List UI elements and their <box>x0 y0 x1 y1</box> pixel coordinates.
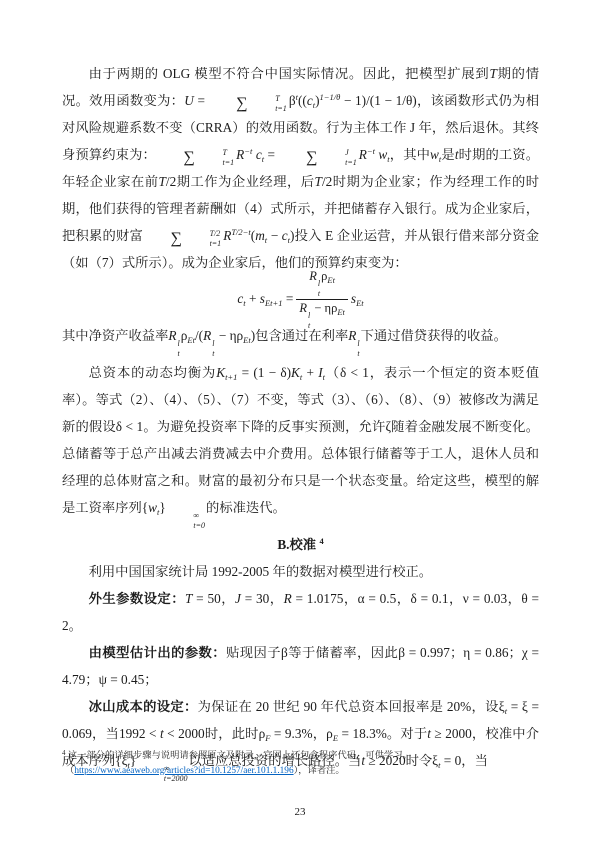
text-segment: 下通过借贷获得的收益。 <box>361 328 507 343</box>
text-segment: (( <box>298 93 307 108</box>
text-segment: R <box>348 328 356 343</box>
paragraph-capital-dynamics: 总资本的动态均衡为Kt+1 = (1 − δ)Kt + It（δ < 1，表示一… <box>62 359 539 531</box>
text-segment: T <box>489 66 496 81</box>
text-segment: Et+1 <box>265 298 283 308</box>
text-segment: )包含通过在利率 <box>251 328 349 343</box>
text-segment: K <box>216 365 225 380</box>
text-segment: } <box>159 500 165 515</box>
math-limits: Jt=1 <box>319 148 357 168</box>
limit-upper: l <box>318 279 320 289</box>
text-segment: R <box>284 591 292 606</box>
text-segment: = <box>264 147 278 162</box>
text-segment: K <box>291 365 300 380</box>
text-segment: 其中净资产收益率 <box>62 328 168 343</box>
equation-entrepreneur-budget: ct + sEt+1 = RltρEt Rlt − ηρEt sEt <box>62 276 539 322</box>
text-segment: R <box>359 147 367 162</box>
text-segment: T/2−t <box>231 227 250 237</box>
limit-lower: t <box>318 289 320 299</box>
text-segment: R <box>203 328 211 343</box>
text-segment: Et <box>243 335 251 345</box>
text-segment: = 30， <box>241 591 284 606</box>
paragraph-exogenous-params: 外生参数设定：T = 50，J = 30，R = 1.0175，α = 0.5，… <box>62 585 539 639</box>
footnote-paren-close: ），译者注。 <box>294 766 345 776</box>
text-segment: = (1 − δ) <box>237 365 291 380</box>
footnote-marker: 4 <box>62 749 66 757</box>
text-segment: c <box>252 147 261 162</box>
summation-symbol: ∑T/2t=1 <box>144 229 222 249</box>
fraction-numerator: RltρEt <box>296 268 348 299</box>
text-segment: Et <box>187 335 195 345</box>
text-segment: − <box>267 228 282 243</box>
text-segment: R <box>168 328 176 343</box>
text-segment: −t <box>367 146 375 156</box>
text-segment: 为保证在 20 世纪 90 年代总资本回报率是 20%，设ξ <box>198 699 505 714</box>
text-segment: w <box>375 147 387 162</box>
limit-upper: T <box>196 148 227 158</box>
summation-symbol: ∑Jt=1 <box>280 148 358 168</box>
page-body: 由于两期的 OLG 模型不符合中国实际情况。因此，把模型扩展到T期的情况。效用函… <box>62 60 539 784</box>
text-segment: R <box>299 301 307 315</box>
text-segment: 的标准迭代。 <box>206 500 286 515</box>
text-segment: U <box>184 93 194 108</box>
bold-lead-in: 外生参数设定： <box>89 591 185 606</box>
limit-upper: ∞ <box>167 511 199 521</box>
text-segment: 总资本的动态均衡为 <box>89 365 217 380</box>
text-segment: w <box>148 500 157 515</box>
text-segment: T <box>158 174 165 189</box>
text-segment: 是 <box>441 147 455 162</box>
text-segment: （δ < 1，表示一个恒定的资本贬值率）。等式（2）、（4）、（5）、（7）不变… <box>62 365 539 515</box>
text-segment: t+1 <box>225 372 237 382</box>
text-segment: /( <box>195 328 203 343</box>
footnote-text: 这一部分的详细步骤与说明请参照原文及附录，官网上还包含程序代码，可供学习。 <box>68 751 412 761</box>
text-segment: Et <box>356 298 364 308</box>
sigma-glyph: ∑ <box>210 96 248 112</box>
text-segment: Et <box>327 275 335 285</box>
limit-upper: J <box>319 148 349 158</box>
text-segment: 由于两期的 OLG 模型不符合中国实际情况。因此，把模型扩展到 <box>89 66 490 81</box>
paragraph-net-return: 其中净资产收益率RltρEt/(Rlt − ηρEt)包含通过在利率Rlt下通过… <box>62 322 539 359</box>
text-segment: < 2000时，此时ρ <box>164 726 266 741</box>
limit-upper: T <box>249 94 280 104</box>
limit-lower: t=1 <box>183 239 221 249</box>
limit-upper: l <box>308 311 310 321</box>
footnote-line-2: （https://www.aeaweb.org/articles?id=10.1… <box>62 764 532 779</box>
limit-lower: t <box>357 349 359 359</box>
text-segment: = <box>194 93 209 108</box>
text-segment: − ηρ <box>311 301 337 315</box>
math-supsub: lt <box>178 339 180 359</box>
limit-upper: T/2 <box>183 229 220 239</box>
sigma-glyph: ∑ <box>144 231 182 247</box>
math-limits: Tt=1 <box>196 148 234 168</box>
equation-rhs: sEt <box>351 291 364 307</box>
footnote-link[interactable]: https://www.aeaweb.org/articles?id=10.12… <box>74 766 293 776</box>
text-segment: T <box>315 174 322 189</box>
text-segment: = 50， <box>192 591 235 606</box>
math-limits: T/2t=1 <box>183 229 221 249</box>
text-segment: − ηρ <box>215 328 243 343</box>
text-segment: 4 <box>319 536 323 546</box>
text-segment: = 18.3%。对于 <box>338 726 427 741</box>
footnote: 4 这一部分的详细步骤与说明请参照原文及附录，官网上还包含程序代码，可供学习。 … <box>62 749 532 778</box>
bold-lead-in: B.校准 <box>277 537 316 552</box>
paragraph-olg-extension: 由于两期的 OLG 模型不符合中国实际情况。因此，把模型扩展到T期的情况。效用函… <box>62 60 539 276</box>
paragraph-data-source: 利用中国国家统计局 1992-2005 年的数据对模型进行校正。 <box>62 558 539 585</box>
bold-lead-in: 冰山成本的设定： <box>89 699 198 714</box>
text-segment: /2期工作为企业经理，后 <box>166 174 315 189</box>
summation-symbol: ∑Tt=1 <box>210 94 288 114</box>
page-number: 23 <box>0 806 600 818</box>
math-supsub: lt <box>318 279 320 299</box>
limit-upper: l <box>178 339 180 349</box>
sigma-glyph: ∑ <box>280 150 318 166</box>
limit-upper: l <box>357 339 359 349</box>
text-segment: Et <box>337 307 345 317</box>
text-segment: = 9.3%，ρ <box>270 726 332 741</box>
limit-lower: t=0 <box>167 521 205 531</box>
text-segment: 利用中国国家统计局 1992-2005 年的数据对模型进行校正。 <box>89 564 433 579</box>
text-segment: R <box>309 269 317 283</box>
limit-lower: t <box>178 349 180 359</box>
summation-symbol: ∑Tt=1 <box>157 148 235 168</box>
sigma-glyph: ∑ <box>157 150 195 166</box>
text-segment: m <box>255 228 265 243</box>
document-page: 由于两期的 OLG 模型不符合中国实际情况。因此，把模型扩展到T期的情况。效用函… <box>0 0 600 851</box>
paragraph-estimated-params: 由模型估计出的参数：贴现因子β等于储蓄率，因此β = 0.997；η = 0.8… <box>62 639 539 693</box>
bold-lead-in: 由模型估计出的参数： <box>89 645 226 660</box>
math-supsub: lt <box>357 339 359 359</box>
limit-lower: t=1 <box>249 104 287 114</box>
limit-lower: t <box>212 349 214 359</box>
text-segment: = <box>283 291 294 306</box>
text-segment: + <box>246 291 260 306</box>
text-segment: β <box>289 93 296 108</box>
math-limits: Tt=1 <box>249 94 287 114</box>
equation-lhs: ct + sEt+1 = <box>237 291 293 307</box>
math-limits: ∞t=0 <box>167 511 205 531</box>
limit-lower: t=1 <box>319 158 357 168</box>
text-segment: w <box>430 147 439 162</box>
section-heading-calibration: B.校准 4 <box>62 531 539 558</box>
footnote-paren-open: （ <box>65 766 74 776</box>
text-segment: ，其中 <box>390 147 430 162</box>
footnote-line-1: 4 这一部分的详细步骤与说明请参照原文及附录，官网上还包含程序代码，可供学习。 <box>62 749 532 764</box>
text-segment: + <box>302 365 318 380</box>
text-segment: 1−1/θ <box>320 92 341 102</box>
limit-lower: t=1 <box>196 158 234 168</box>
